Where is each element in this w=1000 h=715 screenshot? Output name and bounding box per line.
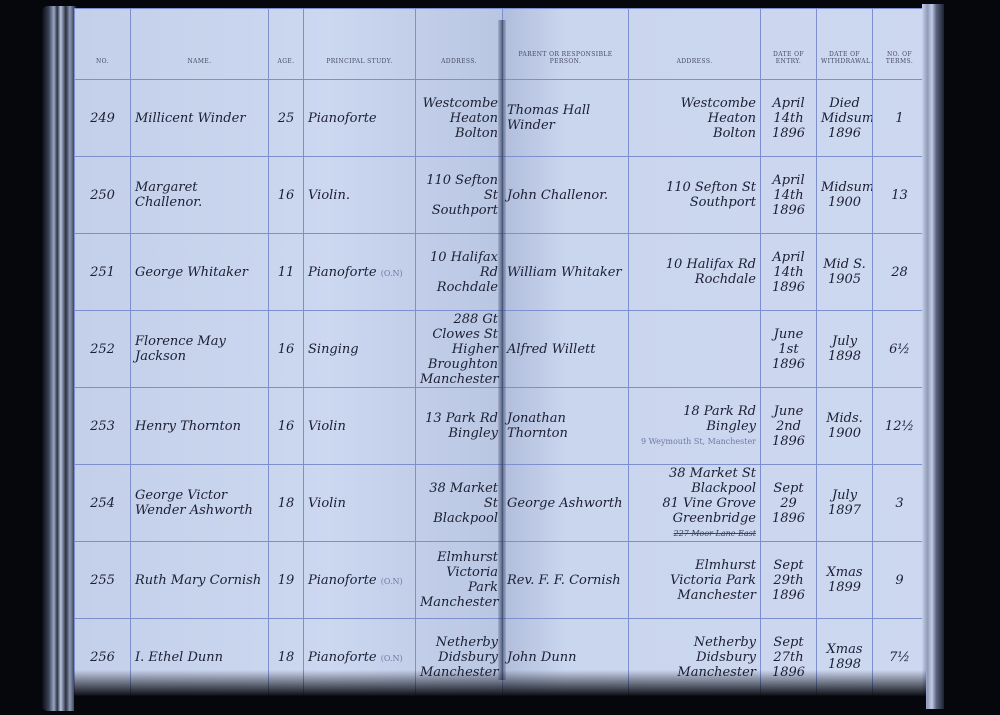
header-no: No. — [75, 9, 131, 80]
header-age: Age. — [269, 9, 304, 80]
table-row: Jonathan Thornton18 Park RdBingley9 Weym… — [503, 388, 927, 465]
address-note: 9 Weymouth St, Manchester — [633, 434, 756, 449]
date-line: 1900 — [821, 195, 868, 210]
student-address: 13 Park RdBingley — [416, 388, 503, 465]
address-line: 38 Market St — [420, 481, 498, 511]
address-line: Bingley — [633, 419, 756, 434]
parent-name: Rev. F. F. Cornish — [503, 542, 629, 619]
parent-address: 18 Park RdBingley9 Weymouth St, Manchest… — [629, 388, 761, 465]
study-label: Violin. — [308, 188, 350, 203]
date-of-entry: Sept 291896 — [761, 465, 817, 542]
student-name: Millicent Winder — [131, 80, 269, 157]
principal-study: Pianoforte (O.N) — [304, 542, 416, 619]
date-line: 14th — [765, 111, 812, 126]
header-row: Parent or Responsible Person. Address. D… — [503, 9, 927, 80]
address-line: Didsbury — [633, 650, 756, 665]
date-line: April — [765, 173, 812, 188]
header-address: Address. — [416, 9, 503, 80]
study-label: Violin — [308, 419, 346, 434]
student-age: 19 — [269, 542, 304, 619]
right-page: Parent or Responsible Person. Address. D… — [502, 8, 926, 696]
student-address: 288 Gt Clowes StHigher BroughtonManchest… — [416, 311, 503, 388]
student-name: Margaret Challenor. — [131, 157, 269, 234]
parent-name: William Whitaker — [503, 234, 629, 311]
study-note: (O.N) — [381, 577, 403, 586]
header-parent: Parent or Responsible Person. — [503, 9, 629, 80]
student-address: ElmhurstVictoria ParkManchester — [416, 542, 503, 619]
address-line: Westcombe — [633, 96, 756, 111]
date-line: July — [821, 488, 868, 503]
address-line: Westcombe — [420, 96, 498, 111]
parent-register-table: Parent or Responsible Person. Address. D… — [502, 8, 926, 696]
date-of-withdrawal: Mid S.1905 — [817, 234, 873, 311]
left-page: No. Name. Age. Principal Study. Address.… — [74, 8, 502, 696]
date-line: Xmas — [821, 565, 868, 580]
principal-study: Pianoforte — [304, 80, 416, 157]
table-row: 253Henry Thornton16Violin13 Park RdBingl… — [75, 388, 503, 465]
date-line: 1900 — [821, 426, 868, 441]
study-label: Pianoforte — [308, 650, 377, 665]
student-age: 16 — [269, 311, 304, 388]
address-line: 38 Market St — [633, 466, 756, 481]
study-label: Pianoforte — [308, 111, 377, 126]
book-page-edges-right — [922, 4, 944, 709]
date-line: 1896 — [765, 203, 812, 218]
parent-address: WestcombeHeatonBolton — [629, 80, 761, 157]
student-address: WestcombeHeatonBolton — [416, 80, 503, 157]
address-line: Netherby — [633, 635, 756, 650]
study-label: Violin — [308, 496, 346, 511]
student-register-table: No. Name. Age. Principal Study. Address.… — [74, 8, 502, 696]
page-bottom-shadow — [74, 670, 926, 715]
date-line: 1905 — [821, 272, 868, 287]
address-line: Bolton — [633, 126, 756, 141]
address-line: 110 Sefton St — [633, 180, 756, 195]
date-line: 1896 — [765, 357, 812, 372]
study-label: Pianoforte — [308, 265, 377, 280]
date-of-entry: June 2nd1896 — [761, 388, 817, 465]
number-of-terms: 12½ — [873, 388, 927, 465]
student-name: Florence May Jackson — [131, 311, 269, 388]
address-line: Manchester — [633, 588, 756, 603]
header-principal-study: Principal Study. — [304, 9, 416, 80]
header-parent-address: Address. — [629, 9, 761, 80]
table-row: 250Margaret Challenor.16Violin.110 Sefto… — [75, 157, 503, 234]
date-line: Mids. — [821, 411, 868, 426]
address-line: Blackpool — [420, 511, 498, 526]
date-line: 1896 — [765, 126, 812, 141]
address-line: 10 Halifax Rd — [633, 257, 756, 272]
date-line: 1898 — [821, 349, 868, 364]
address-line: Bolton — [420, 126, 498, 141]
date-of-entry: April14th1896 — [761, 157, 817, 234]
parent-address: ElmhurstVictoria ParkManchester — [629, 542, 761, 619]
table-row: John Challenor.110 Sefton StSouthportApr… — [503, 157, 927, 234]
date-line: 14th — [765, 265, 812, 280]
header-date-of-entry: Date of Entry. — [761, 9, 817, 80]
table-row: Alfred WillettJune 1st1896July18986½ — [503, 311, 927, 388]
address-line: 18 Park Rd — [633, 404, 756, 419]
table-row: 255Ruth Mary Cornish19Pianoforte (O.N)El… — [75, 542, 503, 619]
number-of-terms: 28 — [873, 234, 927, 311]
address-line: Manchester — [420, 372, 498, 387]
parent-address: 10 Halifax RdRochdale — [629, 234, 761, 311]
student-name: George Victor Wender Ashworth — [131, 465, 269, 542]
number-of-terms: 9 — [873, 542, 927, 619]
table-row: Rev. F. F. CornishElmhurstVictoria ParkM… — [503, 542, 927, 619]
principal-study: Violin — [304, 388, 416, 465]
date-line: Died — [821, 96, 868, 111]
date-line: June 1st — [765, 327, 812, 357]
entry-number: 251 — [75, 234, 131, 311]
address-line: Didsbury — [420, 650, 498, 665]
principal-study: Singing — [304, 311, 416, 388]
date-line: July — [821, 334, 868, 349]
address-line: Heaton — [420, 111, 498, 126]
parent-name: George Ashworth — [503, 465, 629, 542]
date-line: April — [765, 250, 812, 265]
principal-study: Violin. — [304, 157, 416, 234]
entry-number: 254 — [75, 465, 131, 542]
address-line: Southport — [633, 195, 756, 210]
student-name: Ruth Mary Cornish — [131, 542, 269, 619]
student-name: George Whitaker — [131, 234, 269, 311]
address-line: Rochdale — [633, 272, 756, 287]
date-of-entry: April14th1896 — [761, 80, 817, 157]
parent-name: John Challenor. — [503, 157, 629, 234]
address-line: Southport — [420, 203, 498, 218]
study-note: (O.N) — [381, 269, 403, 278]
date-of-withdrawal: July1897 — [817, 465, 873, 542]
date-of-withdrawal: July1898 — [817, 311, 873, 388]
date-of-withdrawal: Mids.1900 — [817, 388, 873, 465]
date-line: Sept 27th — [765, 635, 812, 665]
entry-number: 253 — [75, 388, 131, 465]
date-line: 1896 — [765, 280, 812, 295]
student-address: 110 Sefton StSouthport — [416, 157, 503, 234]
parent-address — [629, 311, 761, 388]
date-line: Sept 29th — [765, 558, 812, 588]
struck-address: 227 Moor Lane East — [633, 526, 756, 541]
table-row: Thomas Hall WinderWestcombeHeatonBoltonA… — [503, 80, 927, 157]
book-binding-left — [42, 6, 76, 711]
date-line: Sept 29 — [765, 481, 812, 511]
student-age: 16 — [269, 388, 304, 465]
date-line: 1899 — [821, 580, 868, 595]
student-age: 11 — [269, 234, 304, 311]
student-address: 10 Halifax RdRochdale — [416, 234, 503, 311]
address-line: Victoria Park — [633, 573, 756, 588]
header-no-of-terms: No. of Terms. — [873, 9, 927, 80]
date-of-entry: Sept 29th1896 — [761, 542, 817, 619]
principal-study: Violin — [304, 465, 416, 542]
table-row: 251George Whitaker11Pianoforte (O.N)10 H… — [75, 234, 503, 311]
header-date-of-withdrawal: Date of Withdrawal. — [817, 9, 873, 80]
number-of-terms: 3 — [873, 465, 927, 542]
number-of-terms: 1 — [873, 80, 927, 157]
address-line: Heaton — [633, 111, 756, 126]
number-of-terms: 13 — [873, 157, 927, 234]
date-line: 1896 — [765, 511, 812, 526]
student-age: 16 — [269, 157, 304, 234]
study-label: Pianoforte — [308, 573, 377, 588]
date-line: April — [765, 96, 812, 111]
address-line: Bingley — [420, 426, 498, 441]
address-line: Manchester — [420, 595, 498, 610]
address-line: 288 Gt Clowes St — [420, 312, 498, 342]
entry-number: 255 — [75, 542, 131, 619]
date-of-entry: April14th1896 — [761, 234, 817, 311]
entry-number: 252 — [75, 311, 131, 388]
parent-address: 110 Sefton StSouthport — [629, 157, 761, 234]
table-row: 254George Victor Wender Ashworth18Violin… — [75, 465, 503, 542]
table-row: 252Florence May Jackson16Singing288 Gt C… — [75, 311, 503, 388]
date-of-withdrawal: Xmas1899 — [817, 542, 873, 619]
address-line: Higher Broughton — [420, 342, 498, 372]
entry-number: 249 — [75, 80, 131, 157]
date-line: 14th — [765, 188, 812, 203]
address-line: Victoria Park — [420, 565, 498, 595]
study-note: (O.N) — [381, 654, 403, 663]
address-line: 110 Sefton St — [420, 173, 498, 203]
date-line: 1896 — [821, 126, 868, 141]
date-line: Mid S. — [821, 257, 868, 272]
header-row: No. Name. Age. Principal Study. Address. — [75, 9, 503, 80]
student-age: 25 — [269, 80, 304, 157]
student-name: Henry Thornton — [131, 388, 269, 465]
address-line: Rochdale — [420, 280, 498, 295]
table-row: William Whitaker10 Halifax RdRochdaleApr… — [503, 234, 927, 311]
parent-address: 38 Market StBlackpool81 Vine Grove Green… — [629, 465, 761, 542]
date-of-withdrawal: DiedMidsummer1896 — [817, 80, 873, 157]
table-row: George Ashworth38 Market StBlackpool81 V… — [503, 465, 927, 542]
date-line: June 2nd — [765, 404, 812, 434]
date-of-withdrawal: Midsummer1900 — [817, 157, 873, 234]
address-line: 81 Vine Grove Greenbridge — [633, 496, 756, 526]
date-line: Midsummer — [821, 111, 868, 126]
date-of-entry: June 1st1896 — [761, 311, 817, 388]
address-line: Elmhurst — [420, 550, 498, 565]
date-line: Midsummer — [821, 180, 868, 195]
date-line: 1896 — [765, 434, 812, 449]
parent-name: Thomas Hall Winder — [503, 80, 629, 157]
parent-name: Alfred Willett — [503, 311, 629, 388]
parent-name: Jonathan Thornton — [503, 388, 629, 465]
address-line: 13 Park Rd — [420, 411, 498, 426]
entry-number: 250 — [75, 157, 131, 234]
student-age: 18 — [269, 465, 304, 542]
date-line: Xmas — [821, 642, 868, 657]
number-of-terms: 6½ — [873, 311, 927, 388]
date-line: 1897 — [821, 503, 868, 518]
address-line: Elmhurst — [633, 558, 756, 573]
date-line: 1896 — [765, 588, 812, 603]
principal-study: Pianoforte (O.N) — [304, 234, 416, 311]
address-line: Netherby — [420, 635, 498, 650]
study-label: Singing — [308, 342, 359, 357]
address-line: Blackpool — [633, 481, 756, 496]
student-address: 38 Market StBlackpool — [416, 465, 503, 542]
header-name: Name. — [131, 9, 269, 80]
book-gutter — [498, 20, 506, 680]
address-line: 10 Halifax Rd — [420, 250, 498, 280]
table-row: 249Millicent Winder25PianoforteWestcombe… — [75, 80, 503, 157]
